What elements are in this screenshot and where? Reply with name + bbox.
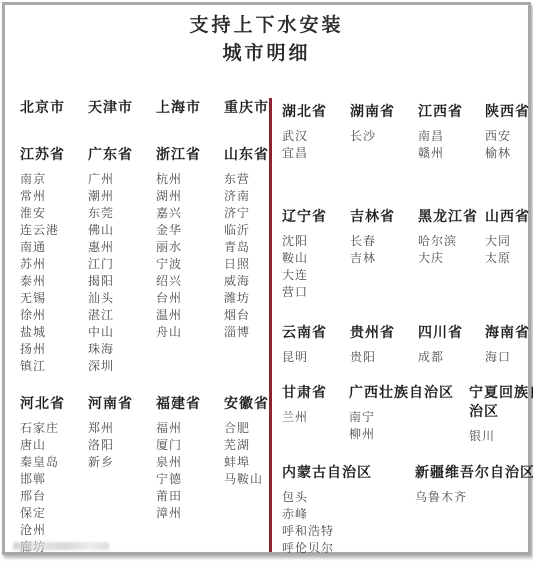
city-item: 深圳 <box>88 358 154 375</box>
province-column: 宁夏回族自治区银川 <box>469 383 533 445</box>
province-header: 北京市 <box>20 98 86 117</box>
left-panel: 北京市天津市上海市重庆市江苏省南京常州淮安连云港南通苏州泰州无锡徐州盐城扬州镇江… <box>5 5 269 552</box>
city-item: 吉林 <box>350 250 416 267</box>
province-header: 湖南省 <box>350 102 416 121</box>
province-column: 河南省郑州洛阳新乡 <box>88 394 156 556</box>
province-header: 辽宁省 <box>282 207 348 226</box>
province-column: 广东省广州潮州东莞佛山惠州江门揭阳汕头湛江中山珠海深圳 <box>88 145 156 375</box>
city-item: 唐山 <box>20 437 86 454</box>
city-item: 沈阳 <box>282 233 348 250</box>
province-section: 江苏省南京常州淮安连云港南通苏州泰州无锡徐州盐城扬州镇江广东省广州潮州东莞佛山惠… <box>20 145 269 375</box>
city-item: 温州 <box>156 307 222 324</box>
province-header: 内蒙古自治区 <box>282 463 413 482</box>
city-item: 宁德 <box>156 471 222 488</box>
province-header: 湖北省 <box>282 102 348 121</box>
city-item: 淮安 <box>20 205 86 222</box>
city-item: 包头 <box>282 489 413 506</box>
province-column: 黑龙江省哈尔滨大庆 <box>418 207 485 301</box>
city-item: 无锡 <box>20 290 86 307</box>
city-item: 太原 <box>485 250 533 267</box>
province-section: 云南省昆明贵州省贵阳四川省成都海南省海口 <box>282 323 528 366</box>
province-column: 山西省大同太原 <box>485 207 533 301</box>
city-item: 昆明 <box>282 349 348 366</box>
province-column: 湖北省武汉宜昌 <box>282 102 350 162</box>
city-item: 邯郸 <box>20 471 86 488</box>
province-column: 福建省福州厦门泉州宁德莆田漳州 <box>156 394 224 556</box>
city-item: 徐州 <box>20 307 86 324</box>
city-item: 保定 <box>20 505 86 522</box>
city-item: 泰州 <box>20 273 86 290</box>
city-item: 石家庄 <box>20 420 86 437</box>
province-header: 黑龙江省 <box>418 207 483 226</box>
city-item: 洛阳 <box>88 437 154 454</box>
city-item: 新乡 <box>88 454 154 471</box>
city-item: 邢台 <box>20 488 86 505</box>
city-item: 长春 <box>350 233 416 250</box>
province-header: 河北省 <box>20 394 86 413</box>
city-item: 长沙 <box>350 128 416 145</box>
city-item: 泉州 <box>156 454 222 471</box>
province-header: 四川省 <box>418 323 483 342</box>
city-item: 扬州 <box>20 341 86 358</box>
province-header: 广东省 <box>88 145 154 164</box>
city-item: 惠州 <box>88 239 154 256</box>
province-column: 广西壮族自治区南宁柳州 <box>349 383 469 445</box>
province-column: 湖南省长沙 <box>350 102 418 162</box>
city-item: 嘉兴 <box>156 205 222 222</box>
city-item: 秦皇岛 <box>20 454 86 471</box>
province-header: 云南省 <box>282 323 348 342</box>
city-item: 大连 <box>282 267 348 284</box>
right-panel: 湖北省武汉宜昌湖南省长沙江西省南昌赣州陕西省西安榆林辽宁省沈阳鞍山大连营口吉林省… <box>272 5 528 552</box>
city-item: 湖州 <box>156 188 222 205</box>
city-item: 台州 <box>156 290 222 307</box>
province-section: 内蒙古自治区包头赤峰呼和浩特呼伦贝尔新疆维吾尔自治区乌鲁木齐 <box>282 463 528 557</box>
province-header: 江苏省 <box>20 145 86 164</box>
province-header: 陕西省 <box>485 102 533 121</box>
city-item: 常州 <box>20 188 86 205</box>
province-header: 江西省 <box>418 102 483 121</box>
city-item: 福州 <box>156 420 222 437</box>
city-item: 武汉 <box>282 128 348 145</box>
province-column: 新疆维吾尔自治区乌鲁木齐 <box>415 463 533 557</box>
city-item: 珠海 <box>88 341 154 358</box>
city-item: 湛江 <box>88 307 154 324</box>
province-column: 云南省昆明 <box>282 323 350 366</box>
city-item: 漳州 <box>156 505 222 522</box>
city-item: 沧州 <box>20 522 86 539</box>
province-header: 河南省 <box>88 394 154 413</box>
city-item: 南宁 <box>349 409 467 426</box>
province-column: 北京市 <box>20 98 88 124</box>
province-section: 甘肃省兰州广西壮族自治区南宁柳州宁夏回族自治区银川 <box>282 383 528 445</box>
province-header: 新疆维吾尔自治区 <box>415 463 533 482</box>
province-header: 宁夏回族自治区 <box>469 383 533 421</box>
city-item: 舟山 <box>156 324 222 341</box>
city-item: 呼伦贝尔 <box>282 540 413 557</box>
city-item: 赣州 <box>418 145 483 162</box>
city-item: 杭州 <box>156 171 222 188</box>
city-item: 西安 <box>485 128 533 145</box>
city-item: 宁波 <box>156 256 222 273</box>
city-item: 鞍山 <box>282 250 348 267</box>
province-column: 海南省海口 <box>485 323 533 366</box>
province-column: 贵州省贵阳 <box>350 323 418 366</box>
city-item: 南京 <box>20 171 86 188</box>
city-item: 江门 <box>88 256 154 273</box>
province-header: 广西壮族自治区 <box>349 383 467 402</box>
city-item: 海口 <box>485 349 533 366</box>
province-header: 甘肃省 <box>282 383 347 402</box>
city-item: 营口 <box>282 284 348 301</box>
province-column: 江苏省南京常州淮安连云港南通苏州泰州无锡徐州盐城扬州镇江 <box>20 145 88 375</box>
city-item: 金华 <box>156 222 222 239</box>
city-item: 赤峰 <box>282 506 413 523</box>
province-column: 江西省南昌赣州 <box>418 102 485 162</box>
city-item: 苏州 <box>20 256 86 273</box>
province-section: 辽宁省沈阳鞍山大连营口吉林省长春吉林黑龙江省哈尔滨大庆山西省大同太原 <box>282 207 528 301</box>
city-item: 东莞 <box>88 205 154 222</box>
city-item: 镇江 <box>20 358 86 375</box>
province-column: 陕西省西安榆林 <box>485 102 533 162</box>
city-item: 南昌 <box>418 128 483 145</box>
city-item: 汕头 <box>88 290 154 307</box>
province-header: 浙江省 <box>156 145 222 164</box>
province-header: 海南省 <box>485 323 533 342</box>
province-header: 上海市 <box>156 98 222 117</box>
province-column: 上海市 <box>156 98 224 124</box>
city-item: 广州 <box>88 171 154 188</box>
province-section: 河北省石家庄唐山秦皇岛邯郸邢台保定沧州廊坊河南省郑州洛阳新乡福建省福州厦门泉州宁… <box>20 394 269 556</box>
city-item: 连云港 <box>20 222 86 239</box>
city-item: 郑州 <box>88 420 154 437</box>
province-column: 辽宁省沈阳鞍山大连营口 <box>282 207 350 301</box>
city-item: 厦门 <box>156 437 222 454</box>
city-item: 兰州 <box>282 409 347 426</box>
province-section: 湖北省武汉宜昌湖南省长沙江西省南昌赣州陕西省西安榆林 <box>282 102 528 162</box>
city-item: 榆林 <box>485 145 533 162</box>
city-item: 佛山 <box>88 222 154 239</box>
city-item: 银川 <box>469 428 533 445</box>
province-column: 天津市 <box>88 98 156 124</box>
province-section: 北京市天津市上海市重庆市 <box>20 98 269 124</box>
province-column: 甘肃省兰州 <box>282 383 349 445</box>
city-item: 柳州 <box>349 426 467 443</box>
city-item: 莆田 <box>156 488 222 505</box>
city-item: 成都 <box>418 349 483 366</box>
province-header: 山西省 <box>485 207 533 226</box>
province-header: 天津市 <box>88 98 154 117</box>
city-item: 盐城 <box>20 324 86 341</box>
city-item: 贵阳 <box>350 349 416 366</box>
city-item: 大庆 <box>418 250 483 267</box>
province-header: 贵州省 <box>350 323 416 342</box>
city-item: 潮州 <box>88 188 154 205</box>
city-item: 宜昌 <box>282 145 348 162</box>
province-column: 内蒙古自治区包头赤峰呼和浩特呼伦贝尔 <box>282 463 415 557</box>
city-item: 呼和浩特 <box>282 523 413 540</box>
document-frame: 支持上下水安装 城市明细 北京市天津市上海市重庆市江苏省南京常州淮安连云港南通苏… <box>2 2 531 555</box>
watermark <box>13 542 109 550</box>
city-item: 绍兴 <box>156 273 222 290</box>
city-item: 丽水 <box>156 239 222 256</box>
province-header: 福建省 <box>156 394 222 413</box>
city-item: 南通 <box>20 239 86 256</box>
province-column: 吉林省长春吉林 <box>350 207 418 301</box>
city-item: 乌鲁木齐 <box>415 489 533 506</box>
province-column: 四川省成都 <box>418 323 485 366</box>
province-column: 河北省石家庄唐山秦皇岛邯郸邢台保定沧州廊坊 <box>20 394 88 556</box>
city-item: 揭阳 <box>88 273 154 290</box>
city-item: 大同 <box>485 233 533 250</box>
province-header: 吉林省 <box>350 207 416 226</box>
province-column: 浙江省杭州湖州嘉兴金华丽水宁波绍兴台州温州舟山 <box>156 145 224 375</box>
city-item: 哈尔滨 <box>418 233 483 250</box>
city-item: 中山 <box>88 324 154 341</box>
